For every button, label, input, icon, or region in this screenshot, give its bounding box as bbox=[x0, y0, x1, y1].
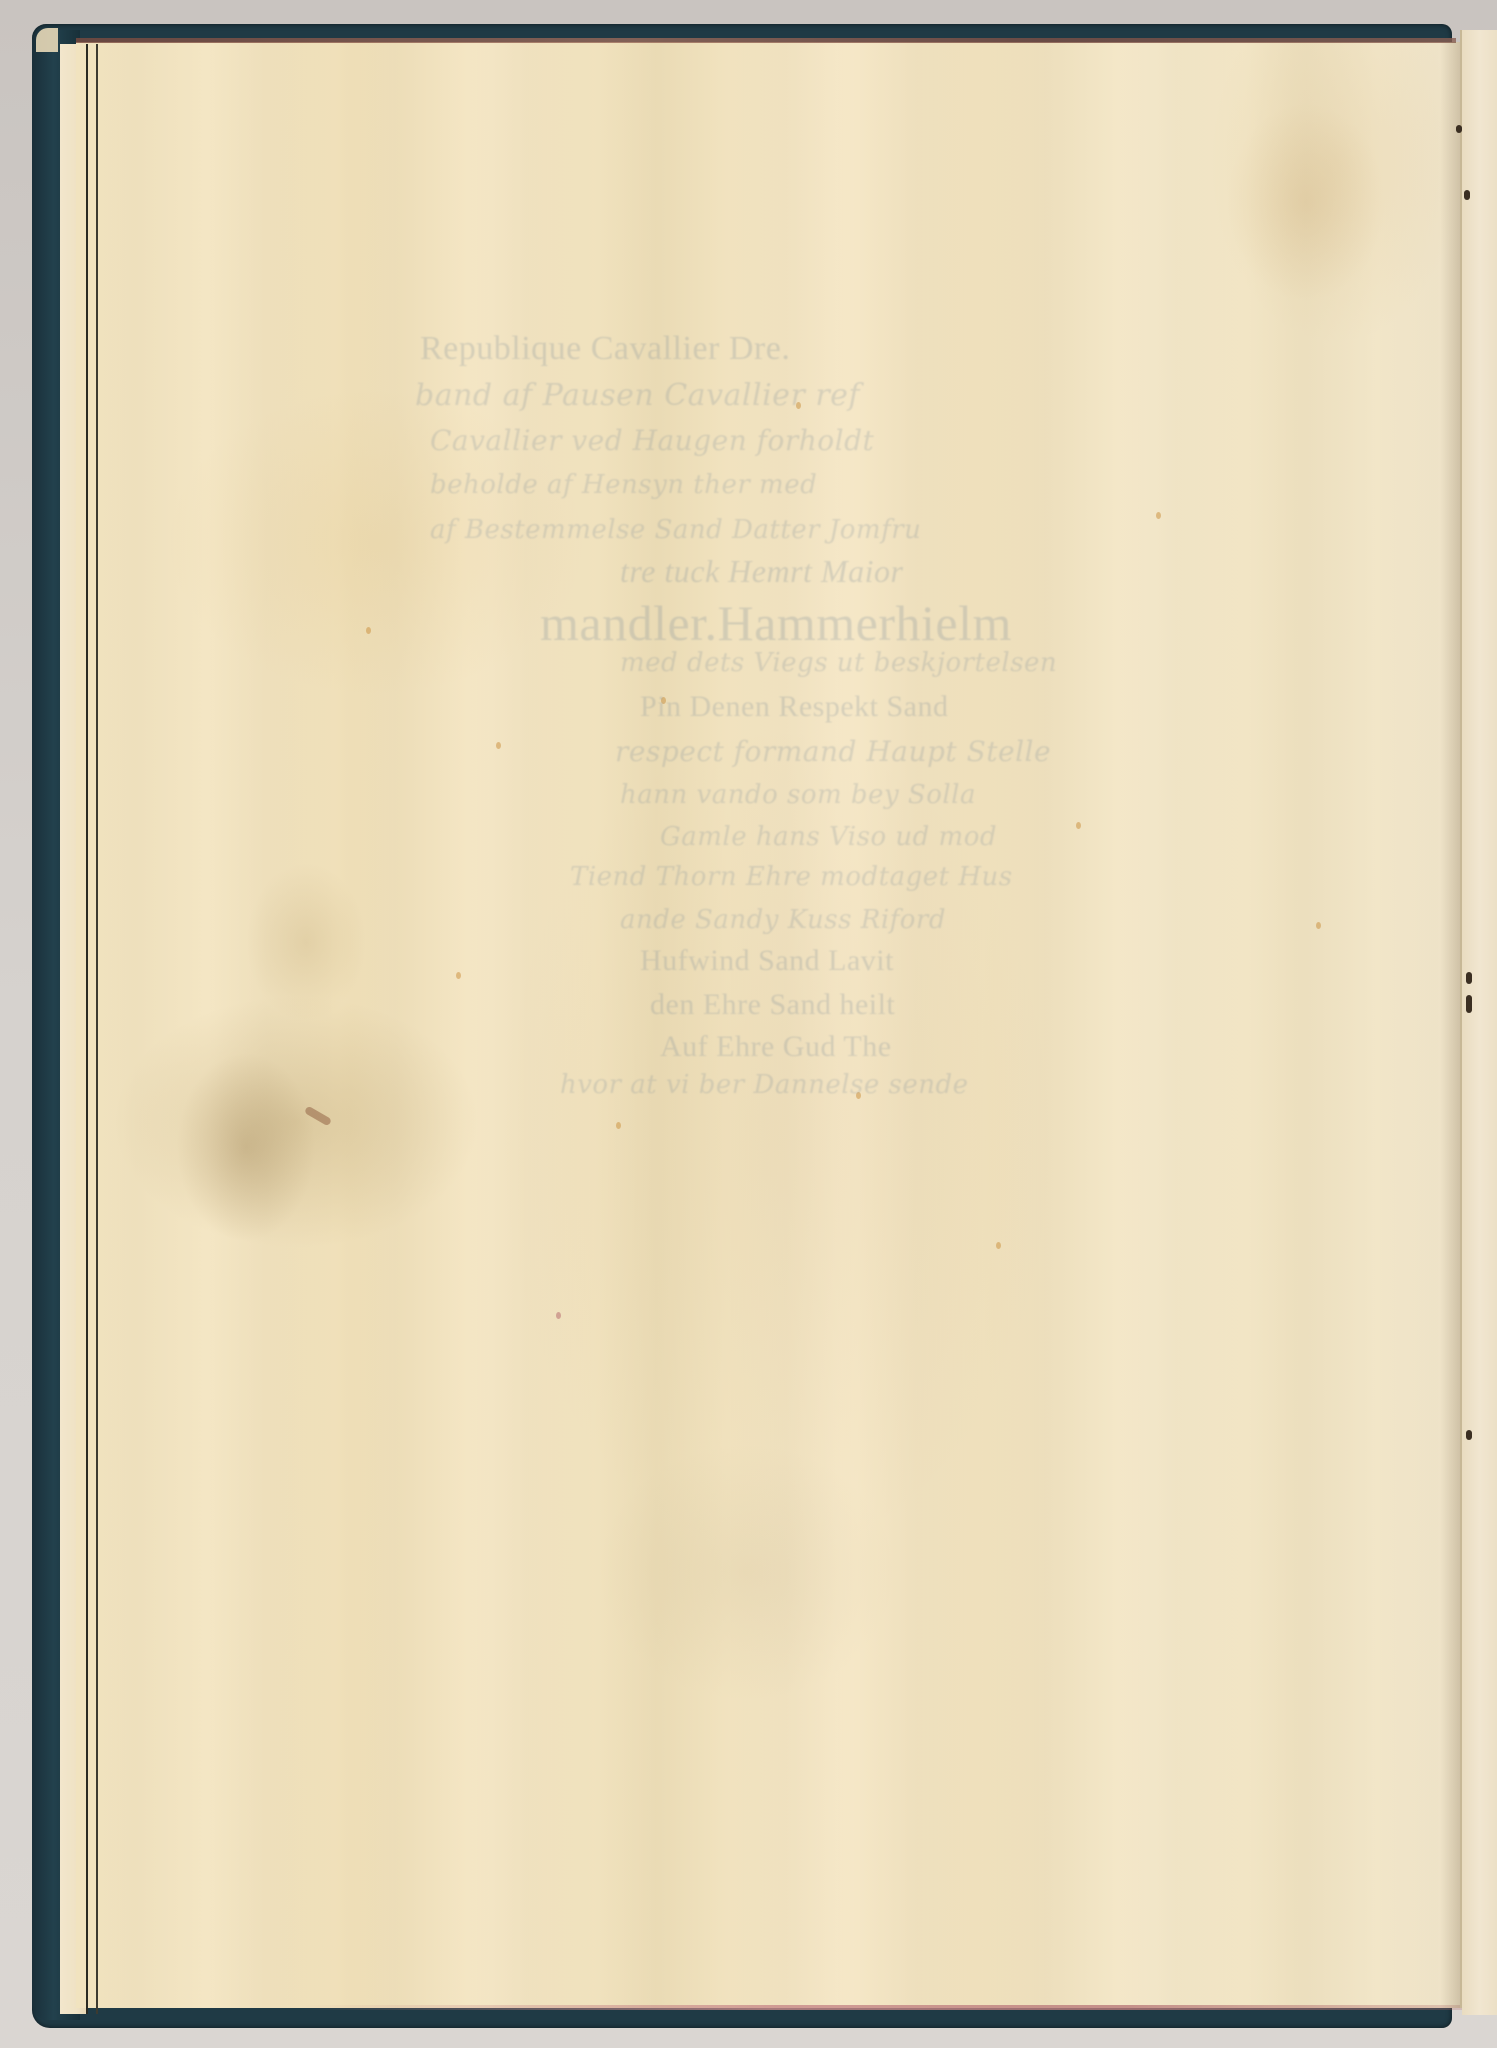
binding-stitch bbox=[1456, 125, 1462, 133]
ghost-line: band af Pausen Cavallier ref bbox=[415, 378, 860, 413]
ghost-line: ande Sandy Kuss Riford bbox=[620, 905, 946, 935]
gutter-shadow bbox=[1440, 42, 1460, 2008]
ghost-line: Republique Cavallier Dre. bbox=[420, 330, 790, 368]
ghost-line: Cavallier ved Haugen forholdt bbox=[430, 424, 874, 457]
ghost-line: tre tuck Hemrt Maior bbox=[620, 553, 903, 590]
binding-stitch bbox=[1466, 1430, 1472, 1440]
ghost-line: Hufwind Sand Lavit bbox=[640, 944, 894, 978]
ghost-line: hann vando som bey Solla bbox=[620, 780, 976, 810]
ghost-line: Tiend Thorn Ehre modtaget Hus bbox=[570, 862, 1013, 892]
ghost-line: den Ehre Sand heilt bbox=[650, 988, 895, 1022]
page-border-rule-inner bbox=[96, 44, 98, 2014]
binding-stitch bbox=[1466, 995, 1472, 1013]
binding-stitch bbox=[1466, 972, 1472, 984]
facing-page-edge bbox=[1462, 30, 1497, 2015]
ghost-line: af Bestemmelse Sand Datter Jomfru bbox=[430, 515, 921, 545]
page-border-rule bbox=[86, 44, 88, 2014]
ghost-line: Pin Denen Respekt Sand bbox=[640, 690, 948, 724]
worn-cover-corner bbox=[36, 28, 58, 52]
ghost-line: Gamle hans Viso ud mod bbox=[660, 822, 997, 852]
manuscript-page: Republique Cavallier Dre. band af Pausen… bbox=[76, 42, 1460, 2008]
red-page-edge-bottom bbox=[300, 2005, 1480, 2010]
bleed-through-text: Republique Cavallier Dre. band af Pausen… bbox=[76, 42, 1460, 2008]
red-page-edge-top bbox=[76, 38, 1456, 43]
ghost-line: med dets Viegs ut beskjortelsen bbox=[620, 648, 1057, 678]
ghost-line: Auf Ehre Gud The bbox=[660, 1030, 892, 1064]
ghost-line: beholde af Hensyn ther med bbox=[430, 470, 817, 500]
binding-stitch bbox=[1464, 190, 1470, 200]
ghost-line: hvor at vi ber Dannelse sende bbox=[560, 1070, 969, 1100]
ghost-line: mandler.Hammerhielm bbox=[540, 594, 1012, 652]
ghost-line: respect formand Haupt Stelle bbox=[615, 735, 1051, 768]
